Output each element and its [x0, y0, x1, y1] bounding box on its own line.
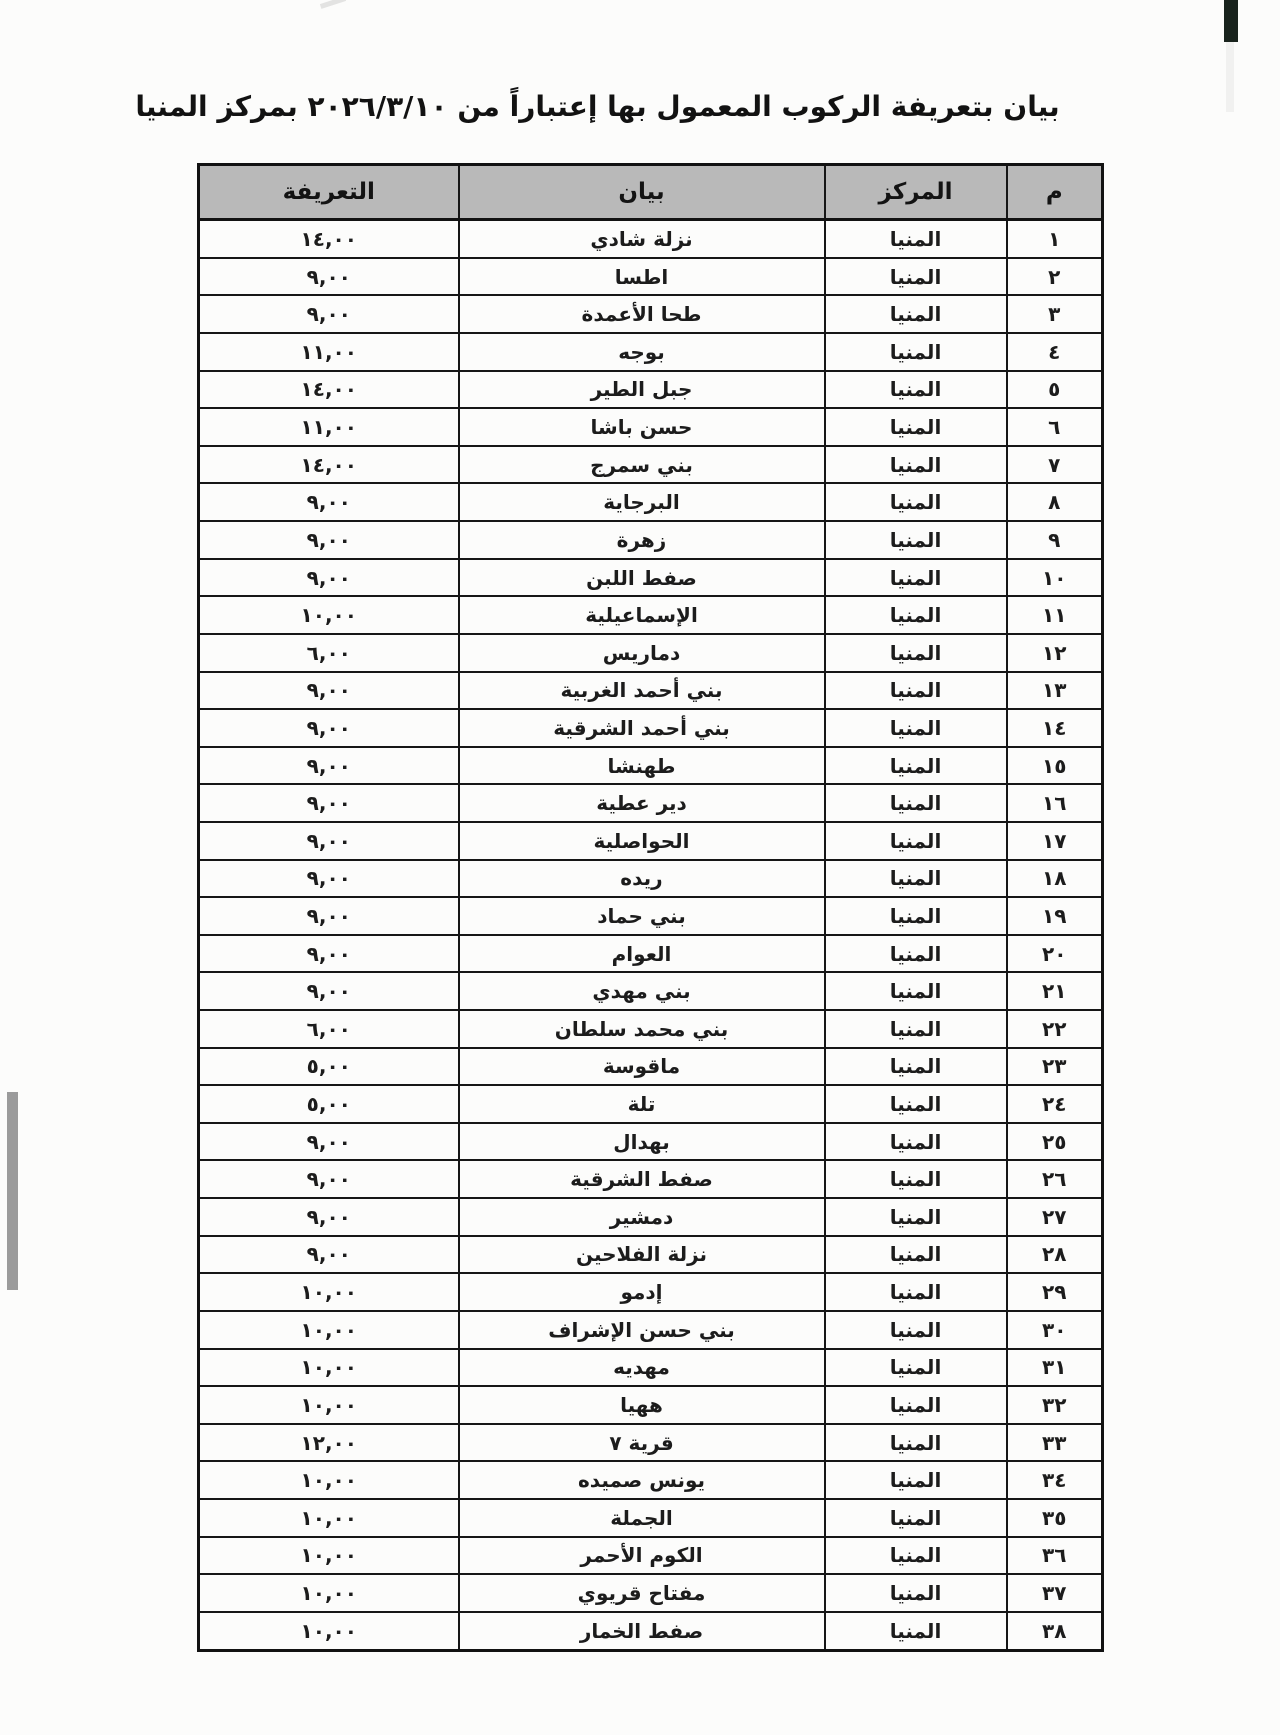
- table-row: ١٩ المنيا بني حماد ٩,٠٠: [199, 897, 1103, 935]
- table-row: ١٥ المنيا طهنشا ٩,٠٠: [199, 747, 1103, 785]
- cell-place-name: طحا الأعمدة: [459, 295, 825, 333]
- cell-place-name: الجملة: [459, 1499, 825, 1537]
- cell-row-number: ١٥: [1007, 747, 1103, 785]
- cell-row-number: ٣: [1007, 295, 1103, 333]
- cell-place-name: جبل الطير: [459, 371, 825, 409]
- cell-place-name: صفط الشرقية: [459, 1160, 825, 1198]
- cell-place-name: الإسماعيلية: [459, 596, 825, 634]
- cell-row-number: ٣١: [1007, 1349, 1103, 1387]
- cell-place-name: العوام: [459, 935, 825, 973]
- cell-place-name: دمشير: [459, 1198, 825, 1236]
- cell-row-number: ١٤: [1007, 709, 1103, 747]
- table-row: ٣٠ المنيا بني حسن الإشراف ١٠,٠٠: [199, 1311, 1103, 1349]
- cell-tariff-value: ١٠,٠٠: [199, 1461, 459, 1499]
- cell-row-number: ١٣: [1007, 672, 1103, 710]
- cell-row-number: ٥: [1007, 371, 1103, 409]
- table-row: ١٤ المنيا بني أحمد الشرقية ٩,٠٠: [199, 709, 1103, 747]
- table-row: ٢١ المنيا بني مهدي ٩,٠٠: [199, 972, 1103, 1010]
- cell-place-name: بني أحمد الغربية: [459, 672, 825, 710]
- table-row: ٢٨ المنيا نزلة الفلاحين ٩,٠٠: [199, 1236, 1103, 1274]
- cell-tariff-value: ٩,٠٠: [199, 822, 459, 860]
- cell-tariff-value: ١٠,٠٠: [199, 1612, 459, 1651]
- cell-place-name: بني محمد سلطان: [459, 1010, 825, 1048]
- cell-center: المنيا: [825, 1574, 1007, 1612]
- cell-center: المنيا: [825, 1349, 1007, 1387]
- cell-place-name: طهنشا: [459, 747, 825, 785]
- scan-artifact-corner-mark: [1224, 0, 1238, 42]
- cell-row-number: ٣٣: [1007, 1424, 1103, 1462]
- table-row: ٨ المنيا البرجاية ٩,٠٠: [199, 483, 1103, 521]
- table-row: ٢٣ المنيا ماقوسة ٥,٠٠: [199, 1048, 1103, 1086]
- cell-center: المنيا: [825, 935, 1007, 973]
- cell-center: المنيا: [825, 596, 1007, 634]
- table-row: ١٠ المنيا صفط اللبن ٩,٠٠: [199, 559, 1103, 597]
- cell-center: المنيا: [825, 1085, 1007, 1123]
- cell-center: المنيا: [825, 1311, 1007, 1349]
- cell-center: المنيا: [825, 1198, 1007, 1236]
- cell-tariff-value: ٩,٠٠: [199, 860, 459, 898]
- cell-row-number: ٢٦: [1007, 1160, 1103, 1198]
- document-title: بيان بتعريفة الركوب المعمول بها إعتباراً…: [0, 90, 1195, 123]
- cell-tariff-value: ١١,٠٠: [199, 408, 459, 446]
- table-row: ٢٦ المنيا صفط الشرقية ٩,٠٠: [199, 1160, 1103, 1198]
- scan-artifact-speck: [320, 0, 346, 9]
- cell-center: المنيا: [825, 1236, 1007, 1274]
- cell-row-number: ٣٨: [1007, 1612, 1103, 1651]
- table-row: ١٦ المنيا دير عطية ٩,٠٠: [199, 784, 1103, 822]
- cell-center: المنيا: [825, 709, 1007, 747]
- table-row: ١٣ المنيا بني أحمد الغربية ٩,٠٠: [199, 672, 1103, 710]
- cell-place-name: مفتاح قريوي: [459, 1574, 825, 1612]
- cell-tariff-value: ٩,٠٠: [199, 709, 459, 747]
- cell-tariff-value: ١٠,٠٠: [199, 1499, 459, 1537]
- cell-place-name: نزلة الفلاحين: [459, 1236, 825, 1274]
- cell-center: المنيا: [825, 446, 1007, 484]
- cell-place-name: تلة: [459, 1085, 825, 1123]
- cell-center: المنيا: [825, 295, 1007, 333]
- cell-center: المنيا: [825, 1048, 1007, 1086]
- table-row: ٩ المنيا زهرة ٩,٠٠: [199, 521, 1103, 559]
- cell-row-number: ٢٧: [1007, 1198, 1103, 1236]
- cell-row-number: ١٦: [1007, 784, 1103, 822]
- table-row: ٤ المنيا بوجه ١١,٠٠: [199, 333, 1103, 371]
- table-row: ٣٧ المنيا مفتاح قريوي ١٠,٠٠: [199, 1574, 1103, 1612]
- cell-row-number: ٢: [1007, 258, 1103, 296]
- table-row: ٣٤ المنيا يونس صميده ١٠,٠٠: [199, 1461, 1103, 1499]
- cell-row-number: ٢٥: [1007, 1123, 1103, 1161]
- cell-center: المنيا: [825, 559, 1007, 597]
- cell-tariff-value: ٩,٠٠: [199, 747, 459, 785]
- cell-place-name: بني مهدي: [459, 972, 825, 1010]
- cell-place-name: دير عطية: [459, 784, 825, 822]
- cell-place-name: صفط الخمار: [459, 1612, 825, 1651]
- cell-center: المنيا: [825, 333, 1007, 371]
- table-row: ٦ المنيا حسن باشا ١١,٠٠: [199, 408, 1103, 446]
- cell-center: المنيا: [825, 634, 1007, 672]
- cell-place-name: بني أحمد الشرقية: [459, 709, 825, 747]
- cell-place-name: زهرة: [459, 521, 825, 559]
- cell-place-name: قرية ٧: [459, 1424, 825, 1462]
- cell-row-number: ٨: [1007, 483, 1103, 521]
- cell-tariff-value: ١٤,٠٠: [199, 371, 459, 409]
- cell-center: المنيا: [825, 1612, 1007, 1651]
- cell-row-number: ٣٤: [1007, 1461, 1103, 1499]
- cell-place-name: يونس صميده: [459, 1461, 825, 1499]
- cell-center: المنيا: [825, 371, 1007, 409]
- cell-place-name: البرجاية: [459, 483, 825, 521]
- cell-row-number: ٤: [1007, 333, 1103, 371]
- table-row: ٢٩ المنيا إدمو ١٠,٠٠: [199, 1273, 1103, 1311]
- cell-tariff-value: ٩,٠٠: [199, 672, 459, 710]
- table-row: ٢ المنيا اطسا ٩,٠٠: [199, 258, 1103, 296]
- cell-tariff-value: ١٠,٠٠: [199, 1273, 459, 1311]
- table-row: ١٧ المنيا الحواصلية ٩,٠٠: [199, 822, 1103, 860]
- cell-row-number: ١٢: [1007, 634, 1103, 672]
- cell-tariff-value: ١٠,٠٠: [199, 1386, 459, 1424]
- cell-center: المنيا: [825, 1499, 1007, 1537]
- cell-tariff-value: ٩,٠٠: [199, 1236, 459, 1274]
- cell-row-number: ١٨: [1007, 860, 1103, 898]
- table-row: ٢٥ المنيا بهدال ٩,٠٠: [199, 1123, 1103, 1161]
- table-row: ٢٤ المنيا تلة ٥,٠٠: [199, 1085, 1103, 1123]
- cell-center: المنيا: [825, 747, 1007, 785]
- cell-row-number: ٧: [1007, 446, 1103, 484]
- cell-center: المنيا: [825, 408, 1007, 446]
- cell-tariff-value: ١٠,٠٠: [199, 1574, 459, 1612]
- cell-place-name: إدمو: [459, 1273, 825, 1311]
- cell-row-number: ٦: [1007, 408, 1103, 446]
- table-row: ٣٣ المنيا قرية ٧ ١٢,٠٠: [199, 1424, 1103, 1462]
- cell-tariff-value: ٩,٠٠: [199, 784, 459, 822]
- cell-place-name: بني حسن الإشراف: [459, 1311, 825, 1349]
- cell-center: المنيا: [825, 1273, 1007, 1311]
- cell-center: المنيا: [825, 1010, 1007, 1048]
- cell-row-number: ٢٨: [1007, 1236, 1103, 1274]
- cell-tariff-value: ١٠,٠٠: [199, 1311, 459, 1349]
- tariff-table-header: م المركز بيان التعريفة: [199, 165, 1103, 220]
- tariff-table-body: ١ المنيا نزلة شادي ١٤,٠٠ ٢ المنيا اطسا ٩…: [199, 220, 1103, 1651]
- table-row: ٥ المنيا جبل الطير ١٤,٠٠: [199, 371, 1103, 409]
- cell-row-number: ٣٥: [1007, 1499, 1103, 1537]
- cell-row-number: ٢٢: [1007, 1010, 1103, 1048]
- cell-center: المنيا: [825, 1424, 1007, 1462]
- table-row: ١٢ المنيا دماريس ٦,٠٠: [199, 634, 1103, 672]
- cell-tariff-value: ٩,٠٠: [199, 483, 459, 521]
- cell-place-name: اطسا: [459, 258, 825, 296]
- cell-center: المنيا: [825, 972, 1007, 1010]
- cell-tariff-value: ٥,٠٠: [199, 1048, 459, 1086]
- cell-row-number: ٢١: [1007, 972, 1103, 1010]
- cell-place-name: الحواصلية: [459, 822, 825, 860]
- tariff-table: م المركز بيان التعريفة ١ المنيا نزلة شاد…: [197, 163, 1104, 1652]
- cell-place-name: حسن باشا: [459, 408, 825, 446]
- cell-row-number: ٢٠: [1007, 935, 1103, 973]
- cell-place-name: بني سمرج: [459, 446, 825, 484]
- table-row: ٣٨ المنيا صفط الخمار ١٠,٠٠: [199, 1612, 1103, 1651]
- table-row: ٣٢ المنيا ههيا ١٠,٠٠: [199, 1386, 1103, 1424]
- cell-center: المنيا: [825, 897, 1007, 935]
- cell-tariff-value: ١٤,٠٠: [199, 220, 459, 258]
- cell-center: المنيا: [825, 258, 1007, 296]
- cell-place-name: ماقوسة: [459, 1048, 825, 1086]
- cell-tariff-value: ٩,٠٠: [199, 935, 459, 973]
- col-header-center: المركز: [825, 165, 1007, 220]
- cell-tariff-value: ٦,٠٠: [199, 634, 459, 672]
- table-row: ٧ المنيا بني سمرج ١٤,٠٠: [199, 446, 1103, 484]
- cell-tariff-value: ٩,٠٠: [199, 897, 459, 935]
- cell-row-number: ٢٤: [1007, 1085, 1103, 1123]
- cell-place-name: بهدال: [459, 1123, 825, 1161]
- cell-center: المنيا: [825, 1386, 1007, 1424]
- cell-center: المنيا: [825, 220, 1007, 258]
- cell-place-name: ههيا: [459, 1386, 825, 1424]
- cell-tariff-value: ١٢,٠٠: [199, 1424, 459, 1462]
- cell-place-name: نزلة شادي: [459, 220, 825, 258]
- cell-tariff-value: ٩,٠٠: [199, 295, 459, 333]
- cell-tariff-value: ٩,٠٠: [199, 1160, 459, 1198]
- table-row: ٢٢ المنيا بني محمد سلطان ٦,٠٠: [199, 1010, 1103, 1048]
- cell-row-number: ٣٢: [1007, 1386, 1103, 1424]
- table-row: ٢٧ المنيا دمشير ٩,٠٠: [199, 1198, 1103, 1236]
- col-header-tariff: التعريفة: [199, 165, 459, 220]
- cell-row-number: ١١: [1007, 596, 1103, 634]
- cell-center: المنيا: [825, 1160, 1007, 1198]
- cell-tariff-value: ٥,٠٠: [199, 1085, 459, 1123]
- cell-center: المنيا: [825, 860, 1007, 898]
- table-row: ٣٥ المنيا الجملة ١٠,٠٠: [199, 1499, 1103, 1537]
- table-row: ١ المنيا نزلة شادي ١٤,٠٠: [199, 220, 1103, 258]
- cell-center: المنيا: [825, 1123, 1007, 1161]
- cell-tariff-value: ١٠,٠٠: [199, 1349, 459, 1387]
- cell-center: المنيا: [825, 672, 1007, 710]
- cell-row-number: ٢٩: [1007, 1273, 1103, 1311]
- cell-tariff-value: ١١,٠٠: [199, 333, 459, 371]
- cell-row-number: ٣٧: [1007, 1574, 1103, 1612]
- table-row: ٢٠ المنيا العوام ٩,٠٠: [199, 935, 1103, 973]
- cell-center: المنيا: [825, 822, 1007, 860]
- table-row: ١١ المنيا الإسماعيلية ١٠,٠٠: [199, 596, 1103, 634]
- cell-tariff-value: ٩,٠٠: [199, 1123, 459, 1161]
- table-row: ٣ المنيا طحا الأعمدة ٩,٠٠: [199, 295, 1103, 333]
- cell-place-name: بني حماد: [459, 897, 825, 935]
- cell-tariff-value: ١٠,٠٠: [199, 596, 459, 634]
- cell-row-number: ١: [1007, 220, 1103, 258]
- cell-place-name: مهديه: [459, 1349, 825, 1387]
- scan-artifact-smudge: [1226, 42, 1234, 112]
- cell-tariff-value: ٩,٠٠: [199, 972, 459, 1010]
- cell-center: المنيا: [825, 784, 1007, 822]
- cell-center: المنيا: [825, 521, 1007, 559]
- table-row: ١٨ المنيا ريده ٩,٠٠: [199, 860, 1103, 898]
- cell-place-name: ريده: [459, 860, 825, 898]
- cell-tariff-value: ٩,٠٠: [199, 1198, 459, 1236]
- cell-row-number: ٣٦: [1007, 1537, 1103, 1575]
- cell-center: المنيا: [825, 483, 1007, 521]
- table-row: ٣٦ المنيا الكوم الأحمر ١٠,٠٠: [199, 1537, 1103, 1575]
- cell-center: المنيا: [825, 1537, 1007, 1575]
- table-row: ٣١ المنيا مهديه ١٠,٠٠: [199, 1349, 1103, 1387]
- cell-place-name: دماريس: [459, 634, 825, 672]
- cell-row-number: ٢٣: [1007, 1048, 1103, 1086]
- cell-place-name: بوجه: [459, 333, 825, 371]
- cell-place-name: الكوم الأحمر: [459, 1537, 825, 1575]
- col-header-num: م: [1007, 165, 1103, 220]
- cell-tariff-value: ٩,٠٠: [199, 258, 459, 296]
- cell-tariff-value: ١٤,٠٠: [199, 446, 459, 484]
- cell-tariff-value: ١٠,٠٠: [199, 1537, 459, 1575]
- cell-row-number: ١٠: [1007, 559, 1103, 597]
- cell-tariff-value: ٩,٠٠: [199, 521, 459, 559]
- header-row: م المركز بيان التعريفة: [199, 165, 1103, 220]
- cell-row-number: ١٩: [1007, 897, 1103, 935]
- col-header-statement: بيان: [459, 165, 825, 220]
- cell-tariff-value: ٩,٠٠: [199, 559, 459, 597]
- cell-row-number: ٣٠: [1007, 1311, 1103, 1349]
- scan-artifact-left-bar: [7, 1092, 18, 1290]
- cell-row-number: ٩: [1007, 521, 1103, 559]
- cell-tariff-value: ٦,٠٠: [199, 1010, 459, 1048]
- cell-center: المنيا: [825, 1461, 1007, 1499]
- cell-place-name: صفط اللبن: [459, 559, 825, 597]
- cell-row-number: ١٧: [1007, 822, 1103, 860]
